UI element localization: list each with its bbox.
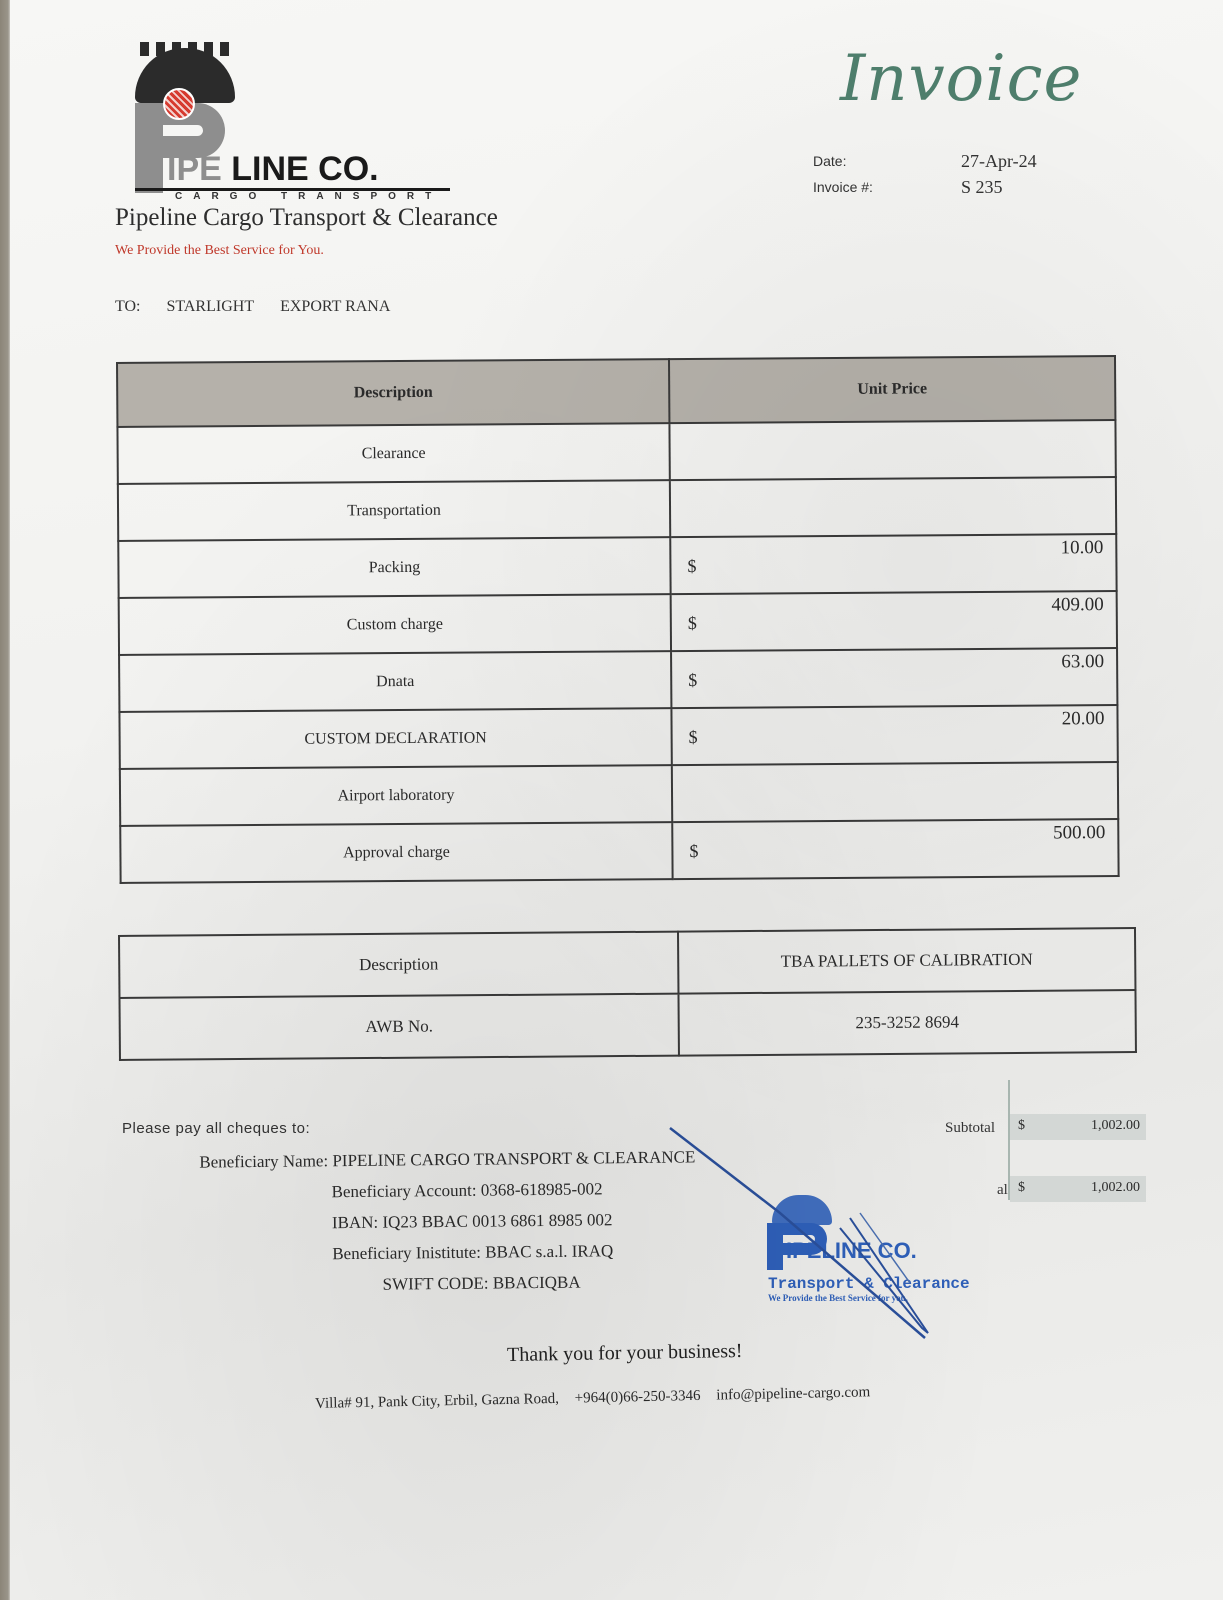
awb-value: 235-3252 8694	[678, 990, 1135, 1056]
item-description: Custom charge	[119, 594, 671, 655]
header-description: Description	[117, 359, 669, 427]
item-currency: $	[687, 556, 696, 577]
item-description: Clearance	[117, 423, 669, 484]
item-unit-price	[672, 762, 1118, 822]
table-row: Approval charge$500.00	[120, 819, 1118, 883]
company-tagline: We Provide the Best Service for You.	[115, 243, 324, 259]
table-row: Custom charge$409.00	[119, 591, 1117, 655]
subtotal-amount: 1,002.00	[1091, 1118, 1140, 1134]
invoice-number-value: S 235	[961, 177, 1003, 198]
beneficiary-institute: Beneficiary Inistitute: BBAC s.a.l. IRAQ	[332, 1240, 696, 1275]
item-unit-price	[669, 420, 1115, 480]
item-amount: 500.00	[1053, 822, 1105, 844]
beneficiary-account: Beneficiary Account: 0368-618985-002	[332, 1178, 696, 1213]
header-unit-price: Unit Price	[669, 356, 1115, 423]
footer-phone: +964(0)66-250-3346	[574, 1388, 700, 1407]
item-currency: $	[688, 613, 697, 634]
iban: IBAN: IQ23 BBAC 0013 6861 8985 002	[332, 1209, 696, 1244]
totals-box: Subtotal $ 1,002.00 al $ 1,002.00	[940, 1080, 1150, 1210]
invoice-title: Invoice	[840, 42, 1082, 116]
item-description: Packing	[118, 537, 670, 598]
table-row: AWB No. 235-3252 8694	[119, 990, 1135, 1060]
total-currency: $	[1018, 1180, 1025, 1196]
swift-code: SWIFT CODE: BBACIQBA	[382, 1271, 696, 1305]
subtotal-currency: $	[1018, 1118, 1025, 1134]
item-unit-price: $10.00	[670, 534, 1116, 594]
item-unit-price: $20.00	[671, 705, 1117, 765]
table-row: Clearance	[117, 420, 1115, 484]
item-amount: 20.00	[1062, 708, 1105, 730]
signature	[660, 1118, 960, 1348]
recipient-line: TO: STARLIGHT EXPORT RANA	[115, 298, 412, 316]
thank-you-message: Thank you for your business!	[507, 1340, 743, 1367]
recipient-name-part1: STARLIGHT	[166, 298, 254, 315]
invoice-meta: Date: 27-Apr-24 Invoice #: S 235	[813, 148, 1037, 200]
company-name: Pipeline Cargo Transport & Clearance	[115, 204, 498, 232]
recipient-name-part2: EXPORT RANA	[280, 298, 390, 315]
table-row: CUSTOM DECLARATION$20.00	[119, 705, 1117, 769]
item-currency: $	[689, 841, 698, 862]
total-row: $ 1,002.00	[1010, 1176, 1146, 1202]
table-row: Dnata$63.00	[119, 648, 1117, 712]
subtotal-row: $ 1,002.00	[1010, 1114, 1146, 1140]
item-amount: 10.00	[1060, 537, 1103, 559]
company-logo: IPE LINE CO. CARGO TRANSPORT	[125, 48, 465, 208]
total-label: al	[997, 1182, 1008, 1199]
items-table: Description Unit Price ClearanceTranspor…	[116, 355, 1120, 884]
shipment-description-label: Description	[119, 932, 678, 998]
footer-email: info@pipeline-cargo.com	[716, 1384, 870, 1403]
awb-label: AWB No.	[119, 994, 678, 1060]
item-description: Dnata	[119, 651, 671, 712]
item-description: Approval charge	[120, 822, 672, 883]
logo-wordmark: IPE LINE CO.	[167, 150, 379, 189]
beneficiary-name: Beneficiary Name: PIPELINE CARGO TRANSPO…	[199, 1147, 695, 1183]
item-unit-price: $500.00	[672, 819, 1118, 879]
item-amount: 409.00	[1051, 594, 1103, 616]
shipment-description-value: TBA PALLETS OF CALIBRATION	[678, 928, 1135, 994]
logo-roundel-icon	[163, 88, 195, 120]
items-table-header: Description Unit Price	[117, 356, 1115, 427]
item-unit-price: $63.00	[671, 648, 1117, 708]
table-row: Transportation	[118, 477, 1116, 541]
table-row: Packing$10.00	[118, 534, 1116, 598]
bank-details: Beneficiary Name: PIPELINE CARGO TRANSPO…	[199, 1147, 697, 1307]
recipient-label: TO:	[115, 298, 140, 315]
total-amount: 1,002.00	[1091, 1180, 1140, 1196]
item-currency: $	[688, 670, 697, 691]
date-value: 27-Apr-24	[961, 151, 1037, 172]
item-unit-price	[670, 477, 1116, 537]
item-amount: 63.00	[1061, 651, 1104, 673]
item-description: CUSTOM DECLARATION	[119, 708, 671, 769]
payment-label: Please pay all cheques to:	[122, 1120, 310, 1137]
logo-subtitle: CARGO TRANSPORT	[175, 191, 442, 202]
shipment-table: Description TBA PALLETS OF CALIBRATION A…	[118, 927, 1137, 1061]
table-row: Description TBA PALLETS OF CALIBRATION	[119, 928, 1135, 998]
item-description: Transportation	[118, 480, 670, 541]
invoice-number-label: Invoice #:	[813, 179, 961, 195]
item-unit-price: $409.00	[671, 591, 1117, 651]
table-row: Airport laboratory	[120, 762, 1118, 826]
item-description: Airport laboratory	[120, 765, 672, 826]
item-currency: $	[689, 727, 698, 748]
date-label: Date:	[813, 153, 961, 169]
